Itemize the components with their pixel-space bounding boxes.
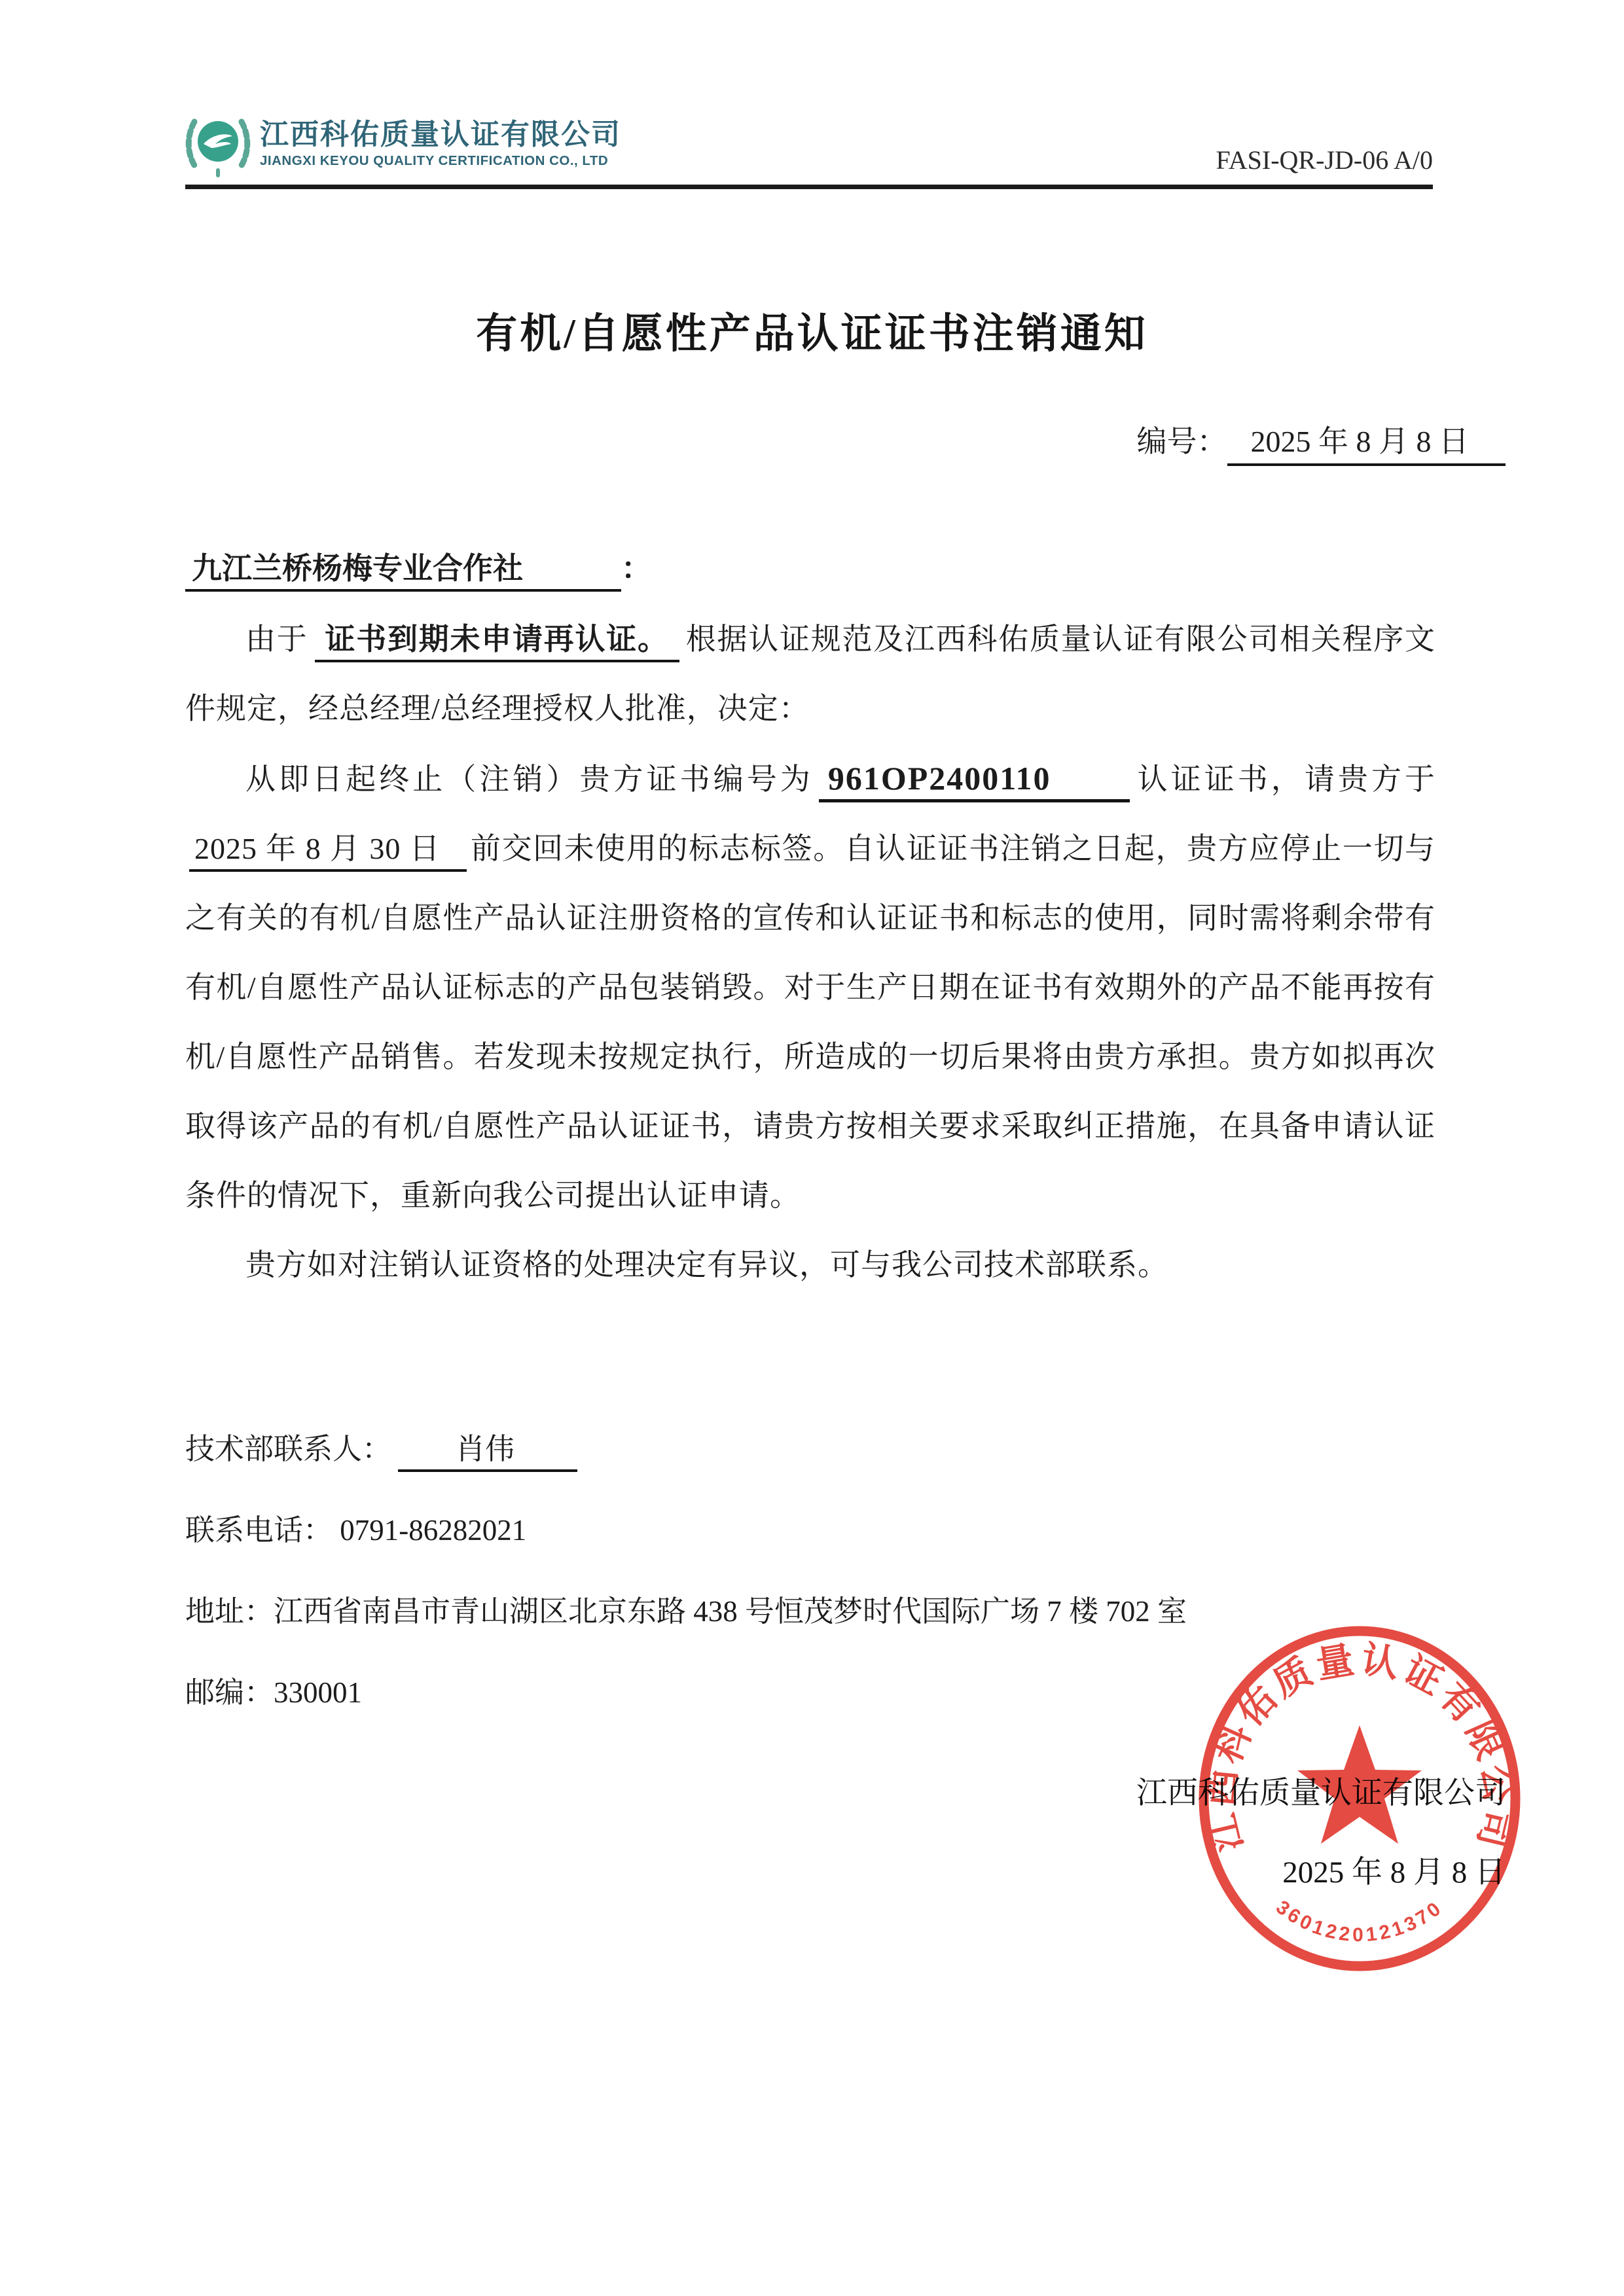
phone-number: 0791-86282021 xyxy=(340,1514,526,1547)
contact-block: 技术部联系人：肖伟 联系电话： 0791-86282021 地址：江西省南昌市青… xyxy=(185,1429,1435,1712)
text-segment: 认证证书，请贵方于 xyxy=(1135,762,1435,796)
zip-line: 邮编：330001 xyxy=(185,1673,1435,1712)
signature-company: 江西科佑质量认证有限公司 xyxy=(0,1754,1506,1833)
phone-label: 联系电话： xyxy=(185,1514,333,1547)
number-value: 2025 年 8 月 8 日 xyxy=(1227,425,1506,466)
page-title: 有机/自愿性产品认证证书注销通知 xyxy=(0,300,1624,360)
signature-date: 2025 年 8 月 8 日 xyxy=(0,1833,1506,1912)
reason-underlined: 证书到期未申请再认证。 xyxy=(315,622,679,662)
recipient-line: 九江兰桥杨梅专业合作社： xyxy=(185,545,1435,588)
contact-person-name: 肖伟 xyxy=(398,1433,577,1472)
company-name-zh: 江西科佑质量认证有限公司 xyxy=(260,120,621,150)
header-rule xyxy=(185,185,1433,189)
document-code: FASI-QR-JD-06 A/0 xyxy=(1216,145,1433,178)
signature-block: 江西科佑质量认证有限公司 2025 年 8 月 8 日 xyxy=(0,1754,1506,1912)
recipient-colon: ： xyxy=(621,552,651,585)
text-segment: 从即日起终止（注销）贵方证书编号为 xyxy=(245,762,814,796)
address-label: 地址： xyxy=(185,1595,274,1628)
phone-line: 联系电话： 0791-86282021 xyxy=(185,1511,1435,1550)
paragraph-decision: 从即日起终止（注销）贵方证书编号为961OP2400110认证证书，请贵方于20… xyxy=(185,744,1435,1230)
address-line: 地址：江西省南昌市青山湖区北京东路 438 号恒茂梦时代国际广场 7 楼 702… xyxy=(185,1592,1435,1631)
contact-person-line: 技术部联系人：肖伟 xyxy=(185,1429,1435,1469)
text-segment: 前交回未使用的标志标签。自认证证书注销之日起，贵方应停止一切与之有关的有机/自愿… xyxy=(185,832,1435,1212)
address-value: 江西省南昌市青山湖区北京东路 438 号恒茂梦时代国际广场 7 楼 702 室 xyxy=(274,1595,1187,1628)
certificate-number: 961OP2400110 xyxy=(819,760,1130,802)
number-label: 编号： xyxy=(1137,425,1227,458)
contact-person-label: 技术部联系人： xyxy=(185,1433,391,1465)
paragraph-reason: 由于证书到期未申请再认证。根据认证规范及江西科佑质量认证有限公司相关程序文件规定… xyxy=(185,605,1435,744)
company-name-block: 江西科佑质量认证有限公司 JIANGXI KEYOU QUALITY CERTI… xyxy=(260,120,621,168)
company-name-en: JIANGXI KEYOU QUALITY CERTIFICATION CO.,… xyxy=(260,154,621,168)
header: 江西科佑质量认证有限公司 JIANGXI KEYOU QUALITY CERTI… xyxy=(185,110,1433,178)
number-line: 编号：2025 年 8 月 8 日 xyxy=(0,418,1506,461)
text-segment: 由于 xyxy=(245,622,308,656)
document-page: 江西科佑质量认证有限公司 JIANGXI KEYOU QUALITY CERTI… xyxy=(0,0,1624,2296)
paragraph-objection: 贵方如对注销认证资格的处理决定有异议，可与我公司技术部联系。 xyxy=(185,1230,1435,1300)
recipient-name: 九江兰桥杨梅专业合作社 xyxy=(185,552,621,592)
zip-label: 邮编： xyxy=(185,1676,274,1709)
zip-value: 330001 xyxy=(274,1676,362,1709)
company-brand: 江西科佑质量认证有限公司 JIANGXI KEYOU QUALITY CERTI… xyxy=(185,110,621,178)
body-text: 由于证书到期未申请再认证。根据认证规范及江西科佑质量认证有限公司相关程序文件规定… xyxy=(185,605,1435,1300)
company-logo-icon xyxy=(185,110,251,178)
return-deadline: 2025 年 8 月 30 日 xyxy=(189,832,467,872)
